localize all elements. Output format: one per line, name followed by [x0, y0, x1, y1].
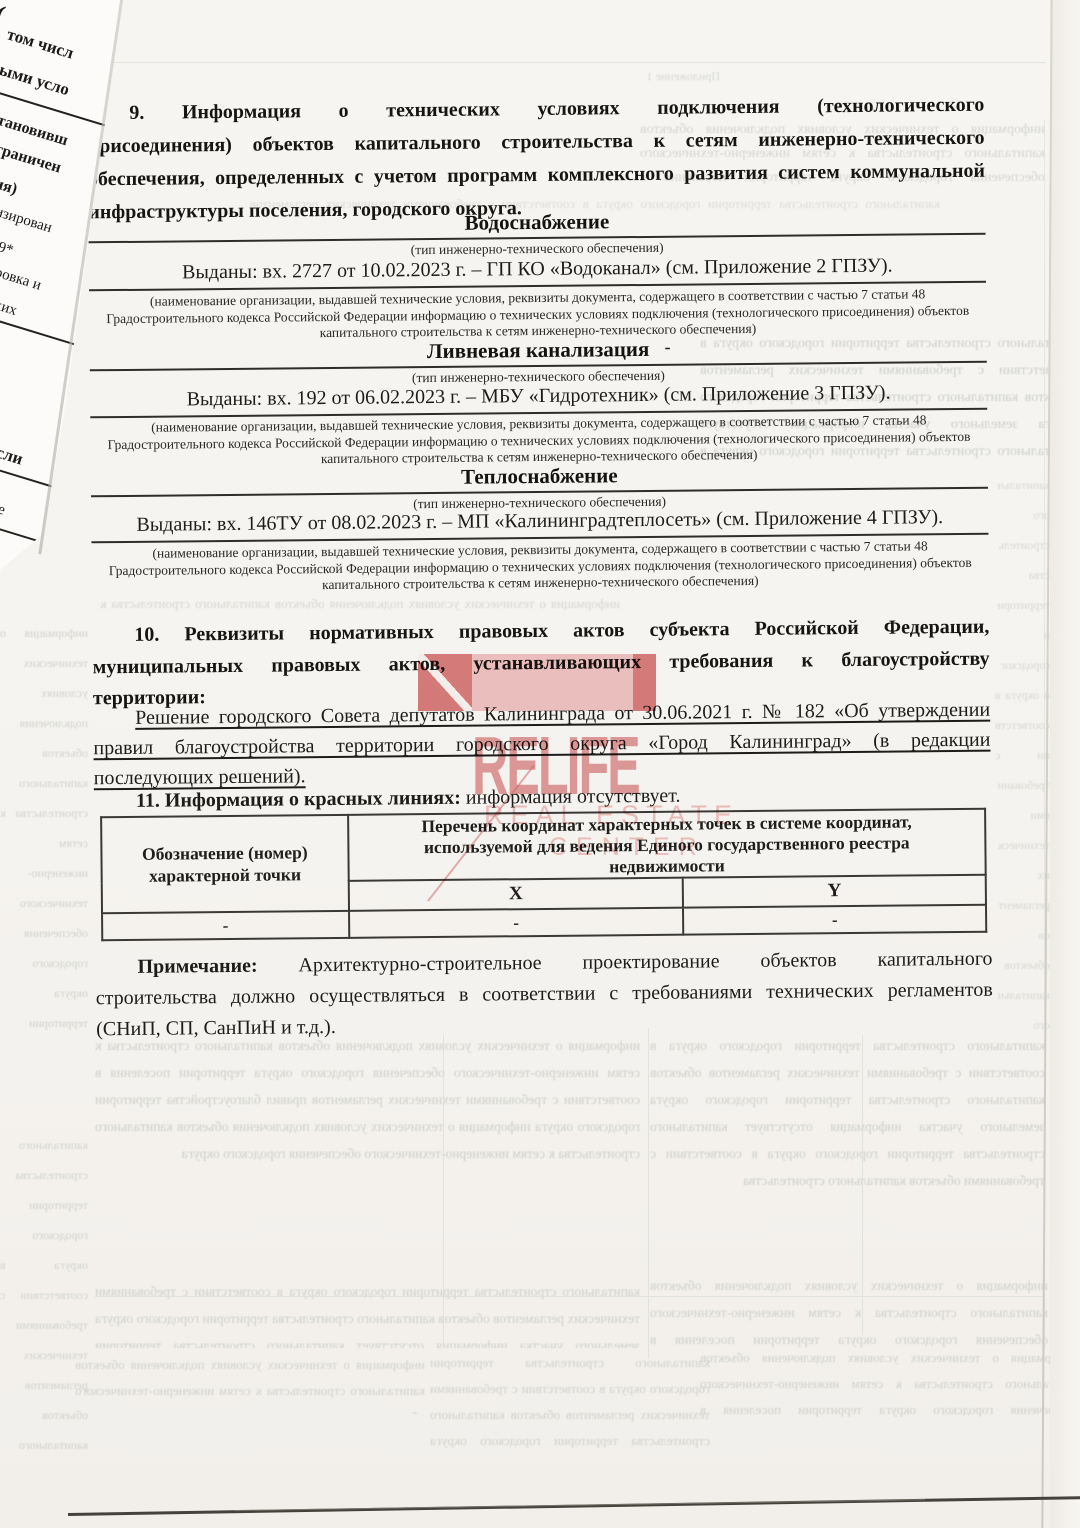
sheet-fragment: ия)	[0, 175, 19, 199]
watermark-brand-text: RELIFE	[472, 718, 639, 813]
background-beyond-page	[1050, 0, 1080, 1528]
sheet-fragment: ыми усло	[0, 60, 72, 100]
sheet-fragment: (	[0, 1, 8, 29]
watermark-subtitle: CENTER	[549, 833, 706, 862]
footnote: (наименование организации, выдавшей техн…	[92, 538, 989, 596]
sheet-fragment: ких	[0, 297, 19, 320]
sheet-fragment: том числ	[5, 24, 76, 63]
sheet-fragment: е	[0, 501, 7, 519]
point-value-cell: -	[102, 911, 349, 940]
watermark-logo-square-icon	[418, 654, 472, 711]
sheet-fragment: ровка и	[0, 264, 43, 294]
y-column-header: Y	[683, 875, 986, 908]
stray-dash: -	[665, 337, 671, 358]
watermark-band	[418, 654, 656, 711]
point-header-cell: Обозначение (номер) характерной точки	[101, 815, 349, 913]
note-paragraph: Примечание: Архитектурно-строительное пр…	[95, 944, 993, 1046]
sheet-fragment: сли	[0, 443, 25, 470]
note-label: Примечание:	[137, 955, 257, 978]
watermark-logo-square-icon	[633, 654, 656, 711]
x-value-cell: -	[349, 908, 684, 938]
watermark-subtitle: REAL ESTATE	[484, 800, 739, 831]
sheet-fragment: изирован	[0, 204, 54, 237]
y-value-cell: -	[683, 905, 986, 935]
note-text: Архитектурно-строительное проектирование…	[298, 948, 992, 977]
x-column-header: X	[348, 878, 683, 911]
scanned-document-photo: Приложение 1 информация о технических ус…	[0, 0, 1080, 1528]
sheet-fragment: 9*	[0, 239, 15, 260]
section-11-label: 11. Информация о красных линиях:	[136, 787, 461, 812]
